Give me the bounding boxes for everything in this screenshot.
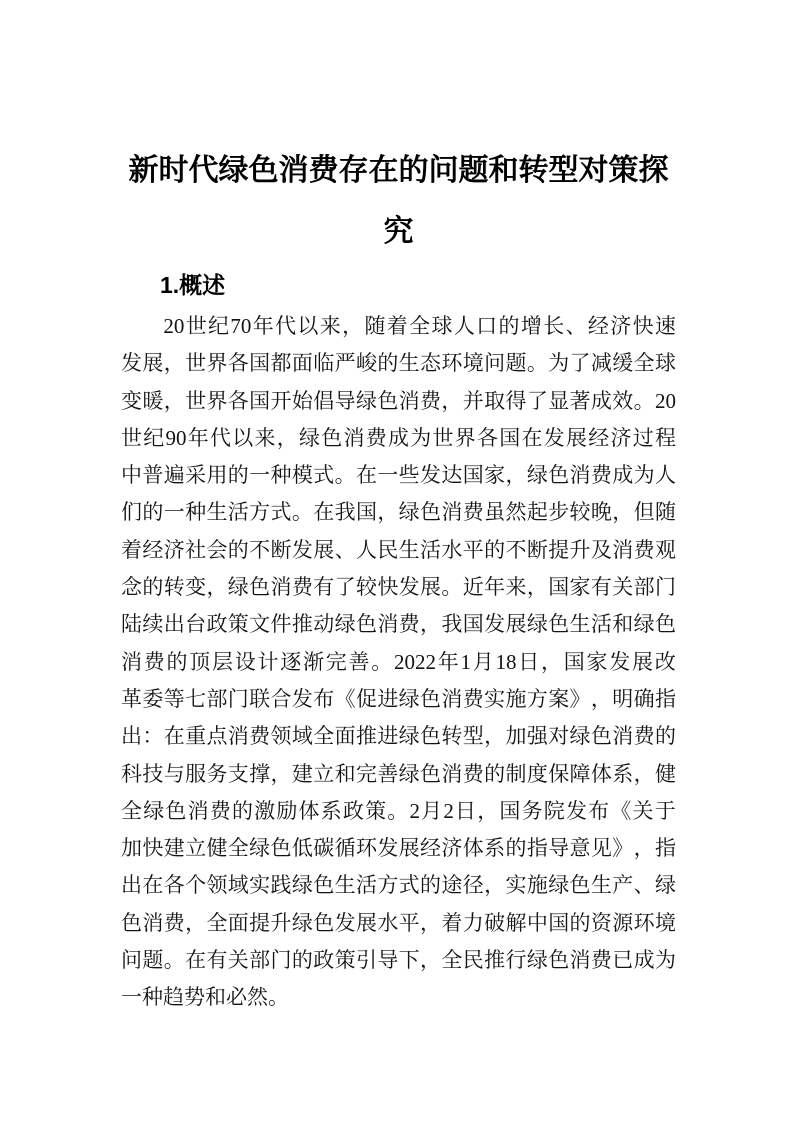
paragraph-line: 问题。在有关部门的政策引导下，全民推行绿色消费已成为	[121, 942, 676, 979]
paragraph-line: 们的一种生活方式。在我国，绿色消费虽然起步较晚，但随	[121, 494, 676, 531]
paragraph-line: 发展，世界各国都面临严峻的生态环境问题。为了减缓全球	[121, 345, 676, 382]
paragraph-line: 科技与服务支撑，建立和完善绿色消费的制度保障体系，健	[121, 756, 676, 793]
paragraph-line: 念的转变，绿色消费有了较快发展。近年来，国家有关部门	[121, 569, 676, 606]
body-paragraph: 20世纪70年代以来，随着全球人口的增长、经济快速发展，世界各国都面临严峻的生态…	[121, 308, 676, 1017]
paragraph-line: 出：在重点消费领域全面推进绿色转型，加强对绿色消费的	[121, 718, 676, 755]
document-title: 新时代绿色消费存在的问题和转型对策探 究	[121, 0, 676, 262]
paragraph-line: 世纪90年代以来，绿色消费成为世界各国在发展经济过程	[121, 420, 676, 457]
paragraph-line: 色消费，全面提升绿色发展水平，着力破解中国的资源环境	[121, 905, 676, 942]
document-title-line-1: 新时代绿色消费存在的问题和转型对策探	[121, 140, 676, 201]
paragraph-line: 20世纪70年代以来，随着全球人口的增长、经济快速	[121, 308, 676, 345]
document-title-line-2: 究	[121, 201, 676, 262]
paragraph-line: 着经济社会的不断发展、人民生活水平的不断提升及消费观	[121, 532, 676, 569]
paragraph-line: 全绿色消费的激励体系政策。2月2日，国务院发布《关于	[121, 793, 676, 830]
paragraph-line: 一种趋势和必然。	[121, 979, 676, 1016]
paragraph-line: 加快建立健全绿色低碳循环发展经济体系的指导意见》，指	[121, 830, 676, 867]
paragraph-line: 消费的顶层设计逐渐完善。2022年1月18日，国家发展改	[121, 644, 676, 681]
paragraph-line: 中普遍采用的一种模式。在一些发达国家，绿色消费成为人	[121, 457, 676, 494]
paragraph-line: 陆续出台政策文件推动绿色消费，我国发展绿色生活和绿色	[121, 606, 676, 643]
paragraph-line: 变暖，世界各国开始倡导绿色消费，并取得了显著成效。20	[121, 383, 676, 420]
document-page: 新时代绿色消费存在的问题和转型对策探 究 1.概述 20世纪70年代以来，随着全…	[0, 0, 793, 1122]
section-heading: 1.概述	[121, 270, 676, 301]
paragraph-line: 革委等七部门联合发布《促进绿色消费实施方案》，明确指	[121, 681, 676, 718]
paragraph-line: 出在各个领域实践绿色生活方式的途径，实施绿色生产、绿	[121, 867, 676, 904]
